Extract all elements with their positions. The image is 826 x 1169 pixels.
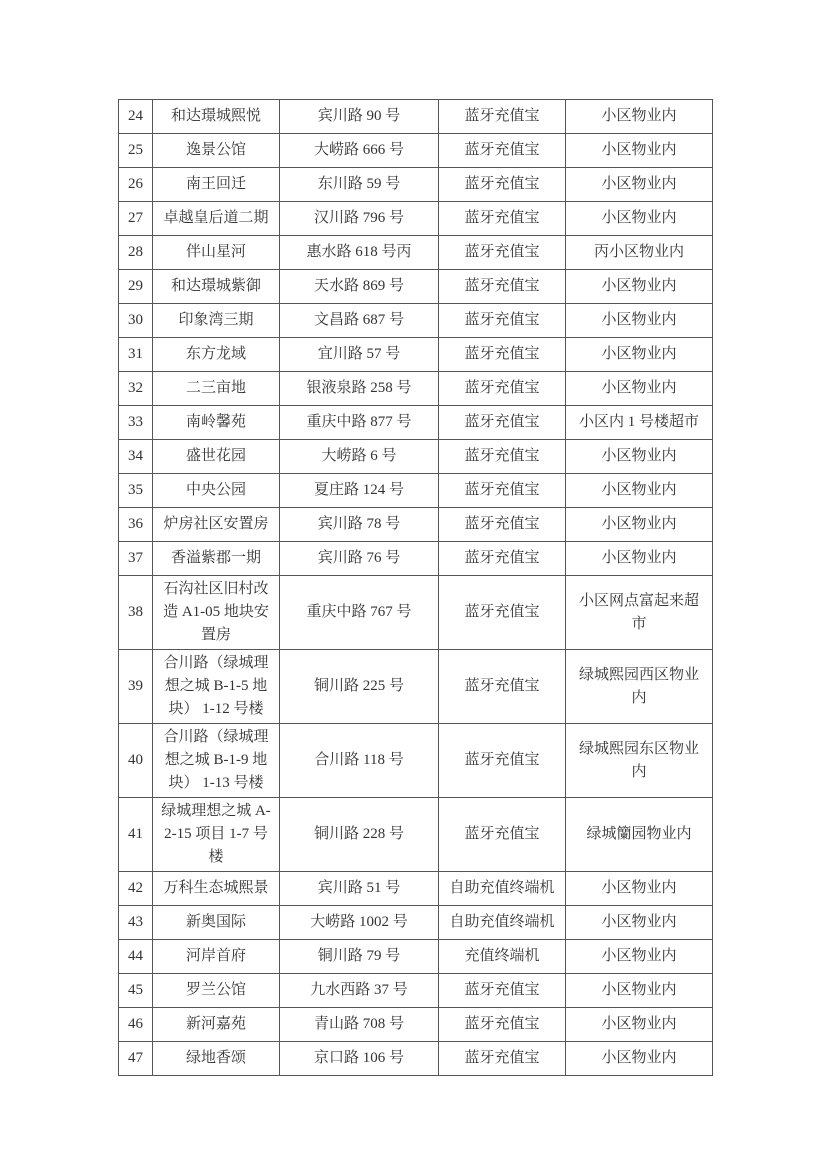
cell-device-type: 蓝牙充值宝	[439, 406, 566, 440]
cell-row-number: 38	[119, 576, 153, 650]
cell-address: 宾川路 76 号	[280, 542, 439, 576]
cell-address: 重庆中路 767 号	[280, 576, 439, 650]
cell-device-type: 蓝牙充值宝	[439, 168, 566, 202]
cell-location: 小区物业内	[566, 134, 713, 168]
cell-address: 汉川路 796 号	[280, 202, 439, 236]
cell-address: 铜川路 79 号	[280, 940, 439, 974]
cell-address: 大崂路 6 号	[280, 440, 439, 474]
cell-row-number: 24	[119, 100, 153, 134]
cell-location: 小区物业内	[566, 508, 713, 542]
cell-community-name: 二三亩地	[153, 372, 280, 406]
cell-address: 铜川路 228 号	[280, 798, 439, 872]
cell-address: 重庆中路 877 号	[280, 406, 439, 440]
cell-location: 绿城籣园物业内	[566, 798, 713, 872]
cell-device-type: 蓝牙充值宝	[439, 236, 566, 270]
cell-row-number: 35	[119, 474, 153, 508]
cell-location: 小区物业内	[566, 906, 713, 940]
table-row: 28 伴山星河 惠水路 618 号丙 蓝牙充值宝 丙小区物业内	[119, 236, 713, 270]
cell-community-name: 绿城理想之城 A-2-15 项目 1-7 号楼	[153, 798, 280, 872]
table-row: 32 二三亩地 银液泉路 258 号 蓝牙充值宝 小区物业内	[119, 372, 713, 406]
cell-community-name: 逸景公馆	[153, 134, 280, 168]
recharge-points-table-body: 24 和达璟城熙悦 宾川路 90 号 蓝牙充值宝 小区物业内 25 逸景公馆 大…	[119, 100, 713, 1076]
cell-address: 惠水路 618 号丙	[280, 236, 439, 270]
cell-location: 小区物业内	[566, 202, 713, 236]
cell-row-number: 28	[119, 236, 153, 270]
recharge-points-table: 24 和达璟城熙悦 宾川路 90 号 蓝牙充值宝 小区物业内 25 逸景公馆 大…	[118, 99, 713, 1076]
cell-device-type: 蓝牙充值宝	[439, 270, 566, 304]
cell-device-type: 自助充值终端机	[439, 872, 566, 906]
cell-row-number: 39	[119, 650, 153, 724]
cell-device-type: 蓝牙充值宝	[439, 650, 566, 724]
table-row: 30 印象湾三期 文昌路 687 号 蓝牙充值宝 小区物业内	[119, 304, 713, 338]
cell-address: 宜川路 57 号	[280, 338, 439, 372]
cell-row-number: 47	[119, 1042, 153, 1076]
cell-row-number: 31	[119, 338, 153, 372]
table-row: 44 河岸首府 铜川路 79 号 充值终端机 小区物业内	[119, 940, 713, 974]
cell-community-name: 炉房社区安置房	[153, 508, 280, 542]
cell-location: 绿城熙园东区物业内	[566, 724, 713, 798]
cell-community-name: 罗兰公馆	[153, 974, 280, 1008]
cell-row-number: 34	[119, 440, 153, 474]
cell-location: 小区物业内	[566, 872, 713, 906]
table-row: 35 中央公园 夏庄路 124 号 蓝牙充值宝 小区物业内	[119, 474, 713, 508]
cell-location: 小区物业内	[566, 542, 713, 576]
cell-address: 铜川路 225 号	[280, 650, 439, 724]
cell-address: 京口路 106 号	[280, 1042, 439, 1076]
cell-community-name: 伴山星河	[153, 236, 280, 270]
cell-community-name: 绿地香颂	[153, 1042, 280, 1076]
cell-community-name: 和达璟城紫御	[153, 270, 280, 304]
cell-row-number: 33	[119, 406, 153, 440]
cell-community-name: 盛世花园	[153, 440, 280, 474]
table-row: 31 东方龙域 宜川路 57 号 蓝牙充值宝 小区物业内	[119, 338, 713, 372]
cell-address: 宾川路 51 号	[280, 872, 439, 906]
cell-device-type: 蓝牙充值宝	[439, 474, 566, 508]
cell-address: 宾川路 78 号	[280, 508, 439, 542]
table-row: 25 逸景公馆 大崂路 666 号 蓝牙充值宝 小区物业内	[119, 134, 713, 168]
cell-location: 小区物业内	[566, 168, 713, 202]
cell-location: 小区物业内	[566, 974, 713, 1008]
table-row: 29 和达璟城紫御 天水路 869 号 蓝牙充值宝 小区物业内	[119, 270, 713, 304]
cell-address: 九水西路 37 号	[280, 974, 439, 1008]
cell-location: 绿城熙园西区物业内	[566, 650, 713, 724]
cell-community-name: 河岸首府	[153, 940, 280, 974]
cell-device-type: 蓝牙充值宝	[439, 542, 566, 576]
cell-row-number: 45	[119, 974, 153, 1008]
cell-community-name: 南王回迁	[153, 168, 280, 202]
cell-community-name: 合川路（绿城理想之城 B-1-5 地块） 1-12 号楼	[153, 650, 280, 724]
cell-row-number: 46	[119, 1008, 153, 1042]
cell-community-name: 新河嘉苑	[153, 1008, 280, 1042]
cell-row-number: 32	[119, 372, 153, 406]
cell-device-type: 蓝牙充值宝	[439, 100, 566, 134]
cell-device-type: 蓝牙充值宝	[439, 338, 566, 372]
cell-address: 大崂路 1002 号	[280, 906, 439, 940]
cell-device-type: 蓝牙充值宝	[439, 372, 566, 406]
cell-device-type: 蓝牙充值宝	[439, 134, 566, 168]
cell-location: 丙小区物业内	[566, 236, 713, 270]
cell-device-type: 蓝牙充值宝	[439, 1042, 566, 1076]
cell-community-name: 和达璟城熙悦	[153, 100, 280, 134]
cell-device-type: 蓝牙充值宝	[439, 440, 566, 474]
table-row: 41 绿城理想之城 A-2-15 项目 1-7 号楼 铜川路 228 号 蓝牙充…	[119, 798, 713, 872]
cell-community-name: 合川路（绿城理想之城 B-1-9 地块） 1-13 号楼	[153, 724, 280, 798]
document-page: 24 和达璟城熙悦 宾川路 90 号 蓝牙充值宝 小区物业内 25 逸景公馆 大…	[0, 0, 826, 1169]
cell-location: 小区物业内	[566, 372, 713, 406]
cell-community-name: 卓越皇后道二期	[153, 202, 280, 236]
table-row: 39 合川路（绿城理想之城 B-1-5 地块） 1-12 号楼 铜川路 225 …	[119, 650, 713, 724]
table-row: 42 万科生态城熙景 宾川路 51 号 自助充值终端机 小区物业内	[119, 872, 713, 906]
table-row: 38 石沟社区旧村改造 A1-05 地块安置房 重庆中路 767 号 蓝牙充值宝…	[119, 576, 713, 650]
cell-device-type: 蓝牙充值宝	[439, 724, 566, 798]
table-row: 46 新河嘉苑 青山路 708 号 蓝牙充值宝 小区物业内	[119, 1008, 713, 1042]
table-row: 45 罗兰公馆 九水西路 37 号 蓝牙充值宝 小区物业内	[119, 974, 713, 1008]
cell-address: 大崂路 666 号	[280, 134, 439, 168]
table-row: 27 卓越皇后道二期 汉川路 796 号 蓝牙充值宝 小区物业内	[119, 202, 713, 236]
cell-location: 小区物业内	[566, 474, 713, 508]
table-row: 43 新奥国际 大崂路 1002 号 自助充值终端机 小区物业内	[119, 906, 713, 940]
cell-address: 夏庄路 124 号	[280, 474, 439, 508]
cell-address: 青山路 708 号	[280, 1008, 439, 1042]
cell-location: 小区物业内	[566, 304, 713, 338]
cell-location: 小区物业内	[566, 1008, 713, 1042]
cell-location: 小区物业内	[566, 940, 713, 974]
table-row: 34 盛世花园 大崂路 6 号 蓝牙充值宝 小区物业内	[119, 440, 713, 474]
cell-location: 小区物业内	[566, 338, 713, 372]
cell-location: 小区网点富起来超市	[566, 576, 713, 650]
cell-address: 宾川路 90 号	[280, 100, 439, 134]
cell-row-number: 42	[119, 872, 153, 906]
cell-row-number: 25	[119, 134, 153, 168]
cell-location: 小区物业内	[566, 270, 713, 304]
cell-row-number: 37	[119, 542, 153, 576]
cell-community-name: 中央公园	[153, 474, 280, 508]
cell-device-type: 充值终端机	[439, 940, 566, 974]
cell-row-number: 27	[119, 202, 153, 236]
cell-community-name: 石沟社区旧村改造 A1-05 地块安置房	[153, 576, 280, 650]
cell-location: 小区物业内	[566, 440, 713, 474]
cell-row-number: 40	[119, 724, 153, 798]
cell-community-name: 南岭馨苑	[153, 406, 280, 440]
table-row: 36 炉房社区安置房 宾川路 78 号 蓝牙充值宝 小区物业内	[119, 508, 713, 542]
cell-community-name: 万科生态城熙景	[153, 872, 280, 906]
cell-row-number: 29	[119, 270, 153, 304]
cell-community-name: 东方龙域	[153, 338, 280, 372]
cell-device-type: 蓝牙充值宝	[439, 576, 566, 650]
cell-address: 合川路 118 号	[280, 724, 439, 798]
cell-row-number: 26	[119, 168, 153, 202]
table-row: 26 南王回迁 东川路 59 号 蓝牙充值宝 小区物业内	[119, 168, 713, 202]
cell-row-number: 41	[119, 798, 153, 872]
cell-address: 东川路 59 号	[280, 168, 439, 202]
cell-location: 小区物业内	[566, 1042, 713, 1076]
cell-row-number: 44	[119, 940, 153, 974]
cell-device-type: 蓝牙充值宝	[439, 508, 566, 542]
cell-row-number: 43	[119, 906, 153, 940]
cell-device-type: 自助充值终端机	[439, 906, 566, 940]
cell-device-type: 蓝牙充值宝	[439, 304, 566, 338]
cell-device-type: 蓝牙充值宝	[439, 1008, 566, 1042]
cell-address: 银液泉路 258 号	[280, 372, 439, 406]
cell-row-number: 36	[119, 508, 153, 542]
cell-device-type: 蓝牙充值宝	[439, 974, 566, 1008]
cell-community-name: 新奥国际	[153, 906, 280, 940]
cell-location: 小区内 1 号楼超市	[566, 406, 713, 440]
table-row: 24 和达璟城熙悦 宾川路 90 号 蓝牙充值宝 小区物业内	[119, 100, 713, 134]
cell-community-name: 印象湾三期	[153, 304, 280, 338]
table-row: 33 南岭馨苑 重庆中路 877 号 蓝牙充值宝 小区内 1 号楼超市	[119, 406, 713, 440]
table-row: 37 香溢紫郡一期 宾川路 76 号 蓝牙充值宝 小区物业内	[119, 542, 713, 576]
table-row: 40 合川路（绿城理想之城 B-1-9 地块） 1-13 号楼 合川路 118 …	[119, 724, 713, 798]
cell-device-type: 蓝牙充值宝	[439, 798, 566, 872]
cell-address: 天水路 869 号	[280, 270, 439, 304]
cell-device-type: 蓝牙充值宝	[439, 202, 566, 236]
cell-address: 文昌路 687 号	[280, 304, 439, 338]
cell-row-number: 30	[119, 304, 153, 338]
cell-community-name: 香溢紫郡一期	[153, 542, 280, 576]
cell-location: 小区物业内	[566, 100, 713, 134]
table-row: 47 绿地香颂 京口路 106 号 蓝牙充值宝 小区物业内	[119, 1042, 713, 1076]
